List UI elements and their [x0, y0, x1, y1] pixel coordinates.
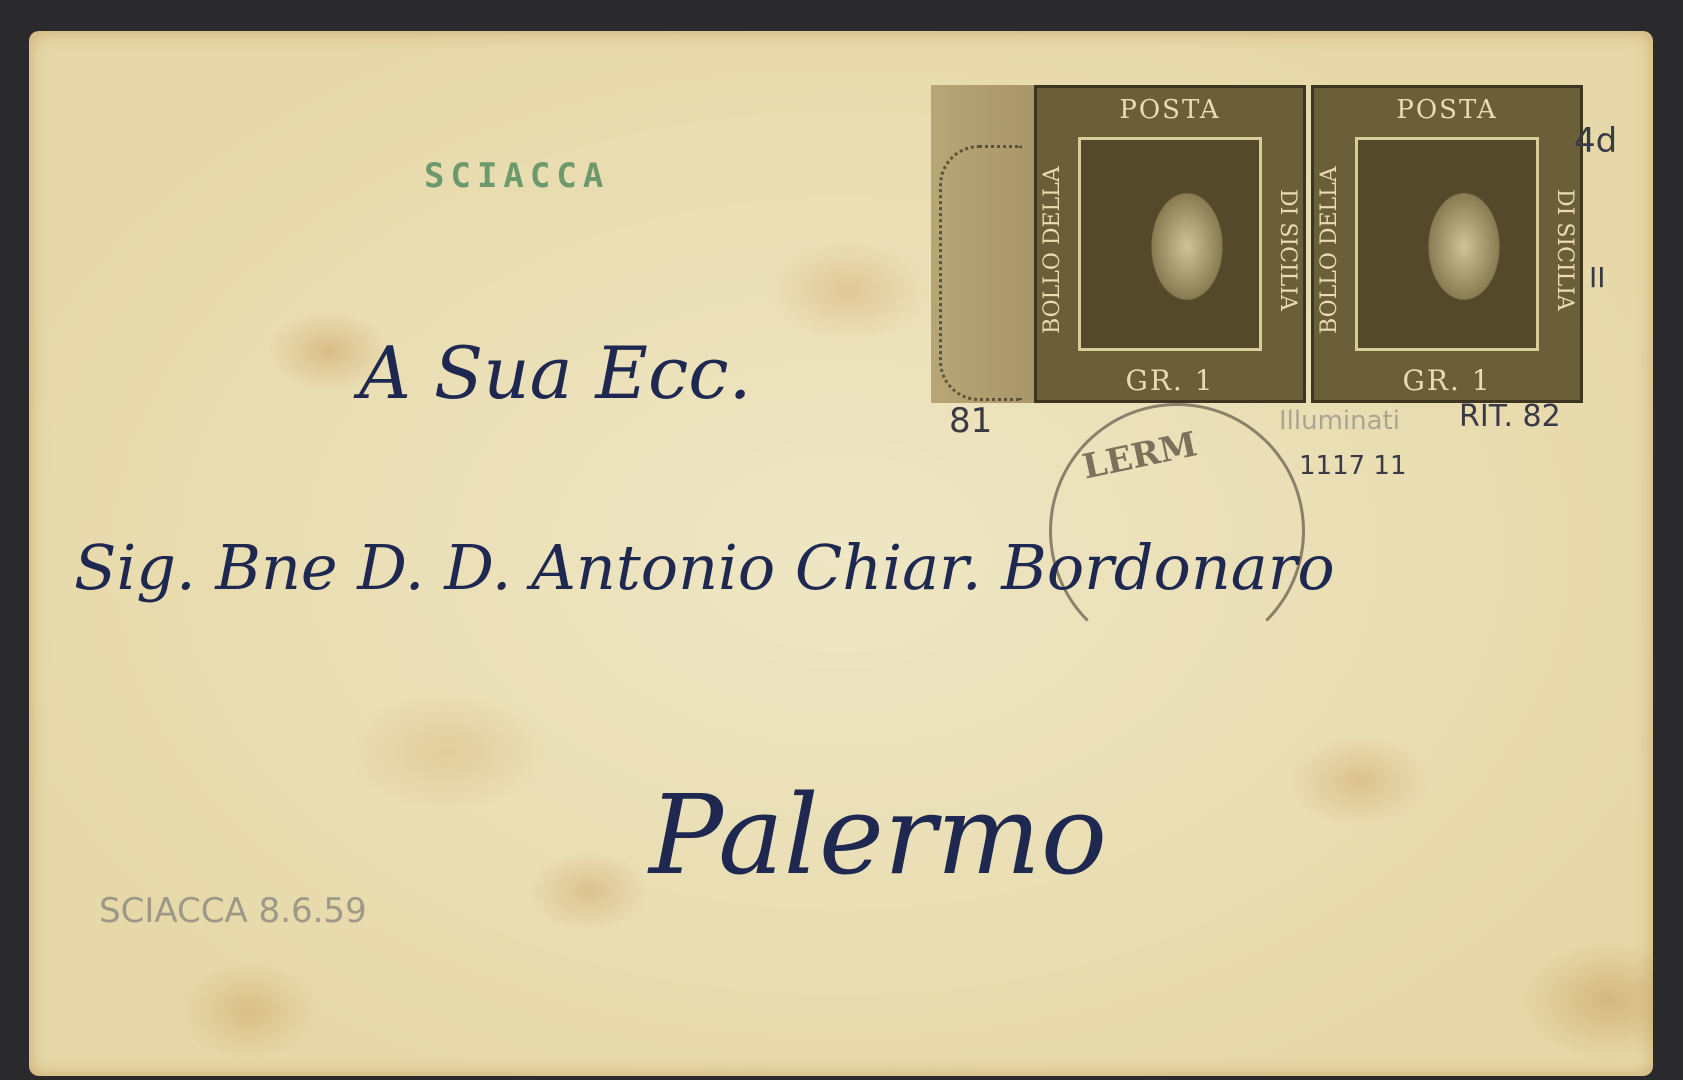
portrait-frame [1355, 137, 1539, 351]
stamp-1: POSTA BOLLO DELLA DI SICILIA GR. 1 [1034, 85, 1306, 403]
pencil-note-81: 81 [949, 401, 992, 441]
address-line-1: A Sua Ecc. [359, 331, 751, 415]
stamp-left-label: BOLLO DELLA [1317, 145, 1351, 355]
stamp-2: POSTA BOLLO DELLA DI SICILIA GR. 1 [1311, 85, 1583, 403]
stamp-right-label: DI SICILIA [1266, 145, 1300, 355]
green-town-cancel: SCIACCA [424, 156, 609, 196]
stamp-top-label: POSTA [1311, 95, 1583, 125]
portrait-frame [1078, 137, 1262, 351]
pencil-note-II: II [1589, 261, 1606, 294]
stamp-pair: POSTA BOLLO DELLA DI SICILIA GR. 1 POSTA… [931, 85, 1585, 403]
address-line-3: Palermo [649, 771, 1107, 899]
address-line-2: Sig. Bne D. D. Antonio Chiar. Bordonaro [74, 531, 1335, 604]
pencil-note-rit: RIT. 82 [1459, 399, 1561, 434]
stamp-right-label: DI SICILIA [1543, 145, 1577, 355]
king-portrait-icon [1121, 170, 1231, 340]
sheet-margin-selvage [931, 85, 1034, 403]
stamp-top-label: POSTA [1034, 95, 1306, 125]
stamp-left-label: BOLLO DELLA [1040, 145, 1074, 355]
stamp-value: GR. 1 [1311, 364, 1583, 397]
scroll-ornament-icon [939, 145, 1022, 401]
stamp-value: GR. 1 [1034, 364, 1306, 397]
postmark-text: LERM [1079, 424, 1201, 487]
pencil-note-origin-date: SCIACCA 8.6.59 [99, 891, 367, 931]
pencil-note-4d: 4d [1574, 121, 1617, 161]
pencil-note-faint: Illuminati [1279, 406, 1400, 436]
king-portrait-icon [1398, 170, 1508, 340]
pencil-note-sub: 1117 11 [1299, 451, 1407, 481]
envelope: SCIACCA POSTA BOLLO DELLA DI SICILIA GR.… [29, 31, 1653, 1076]
